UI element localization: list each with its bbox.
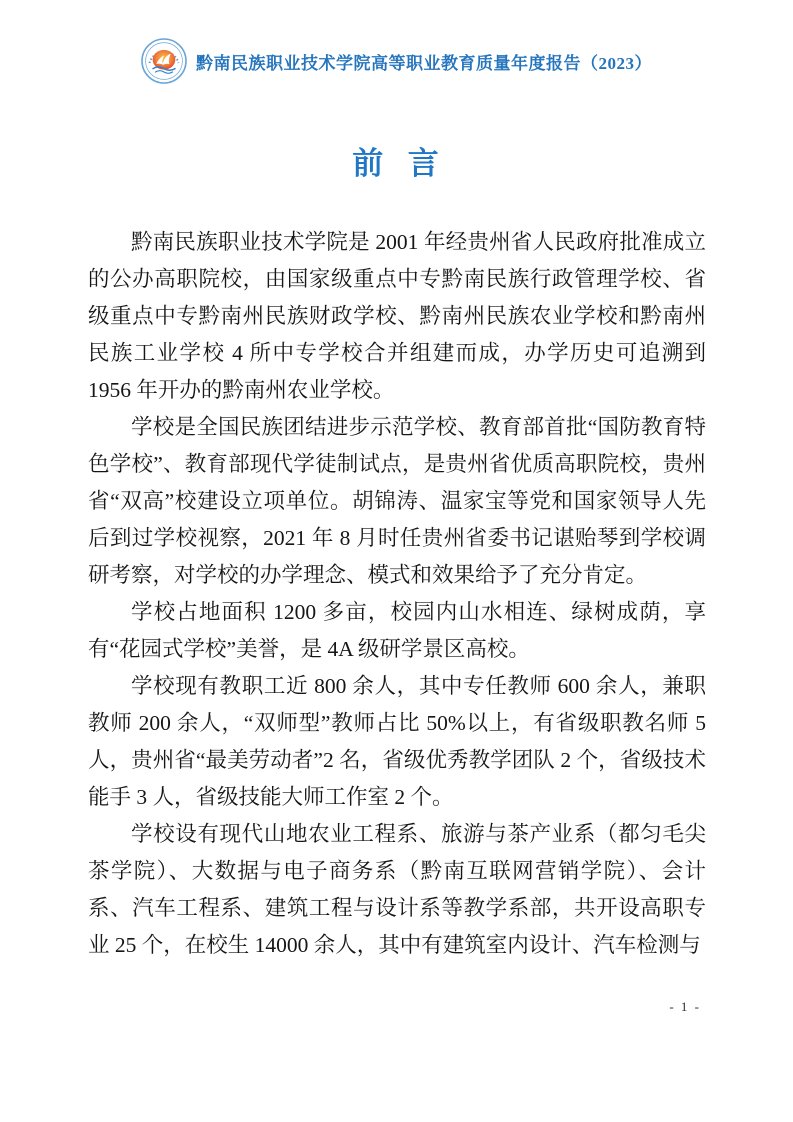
page-header: 黔南民族职业技术学院高等职业教育质量年度报告（2023）	[0, 38, 793, 84]
header-report-title: 黔南民族职业技术学院高等职业教育质量年度报告（2023）	[196, 49, 652, 74]
paragraph-campus: 学校占地面积 1200 多亩，校园内山水相连、绿树成荫，享有“花园式学校”美誉，…	[88, 594, 706, 668]
school-emblem-logo-icon	[141, 38, 187, 84]
paragraph-departments: 学校设有现代山地农业工程系、旅游与茶产业系（都匀毛尖茶学院）、大数据与电子商务系…	[88, 816, 706, 964]
page-title: 前 言	[0, 138, 793, 183]
body-text: 黔南民族职业技术学院是 2001 年经贵州省人民政府批准成立的公办高职院校，由国…	[88, 224, 706, 964]
paragraph-intro-founding: 黔南民族职业技术学院是 2001 年经贵州省人民政府批准成立的公办高职院校，由国…	[88, 224, 706, 409]
paragraph-honors-leaders: 学校是全国民族团结进步示范学校、教育部首批“国防教育特色学校”、教育部现代学徒制…	[88, 409, 706, 594]
paragraph-faculty: 学校现有教职工近 800 余人，其中专任教师 600 余人，兼职教师 200 余…	[88, 668, 706, 816]
page-number: - 1 -	[669, 999, 701, 1015]
report-page: 黔南民族职业技术学院高等职业教育质量年度报告（2023） 前 言 黔南民族职业技…	[0, 0, 793, 1122]
